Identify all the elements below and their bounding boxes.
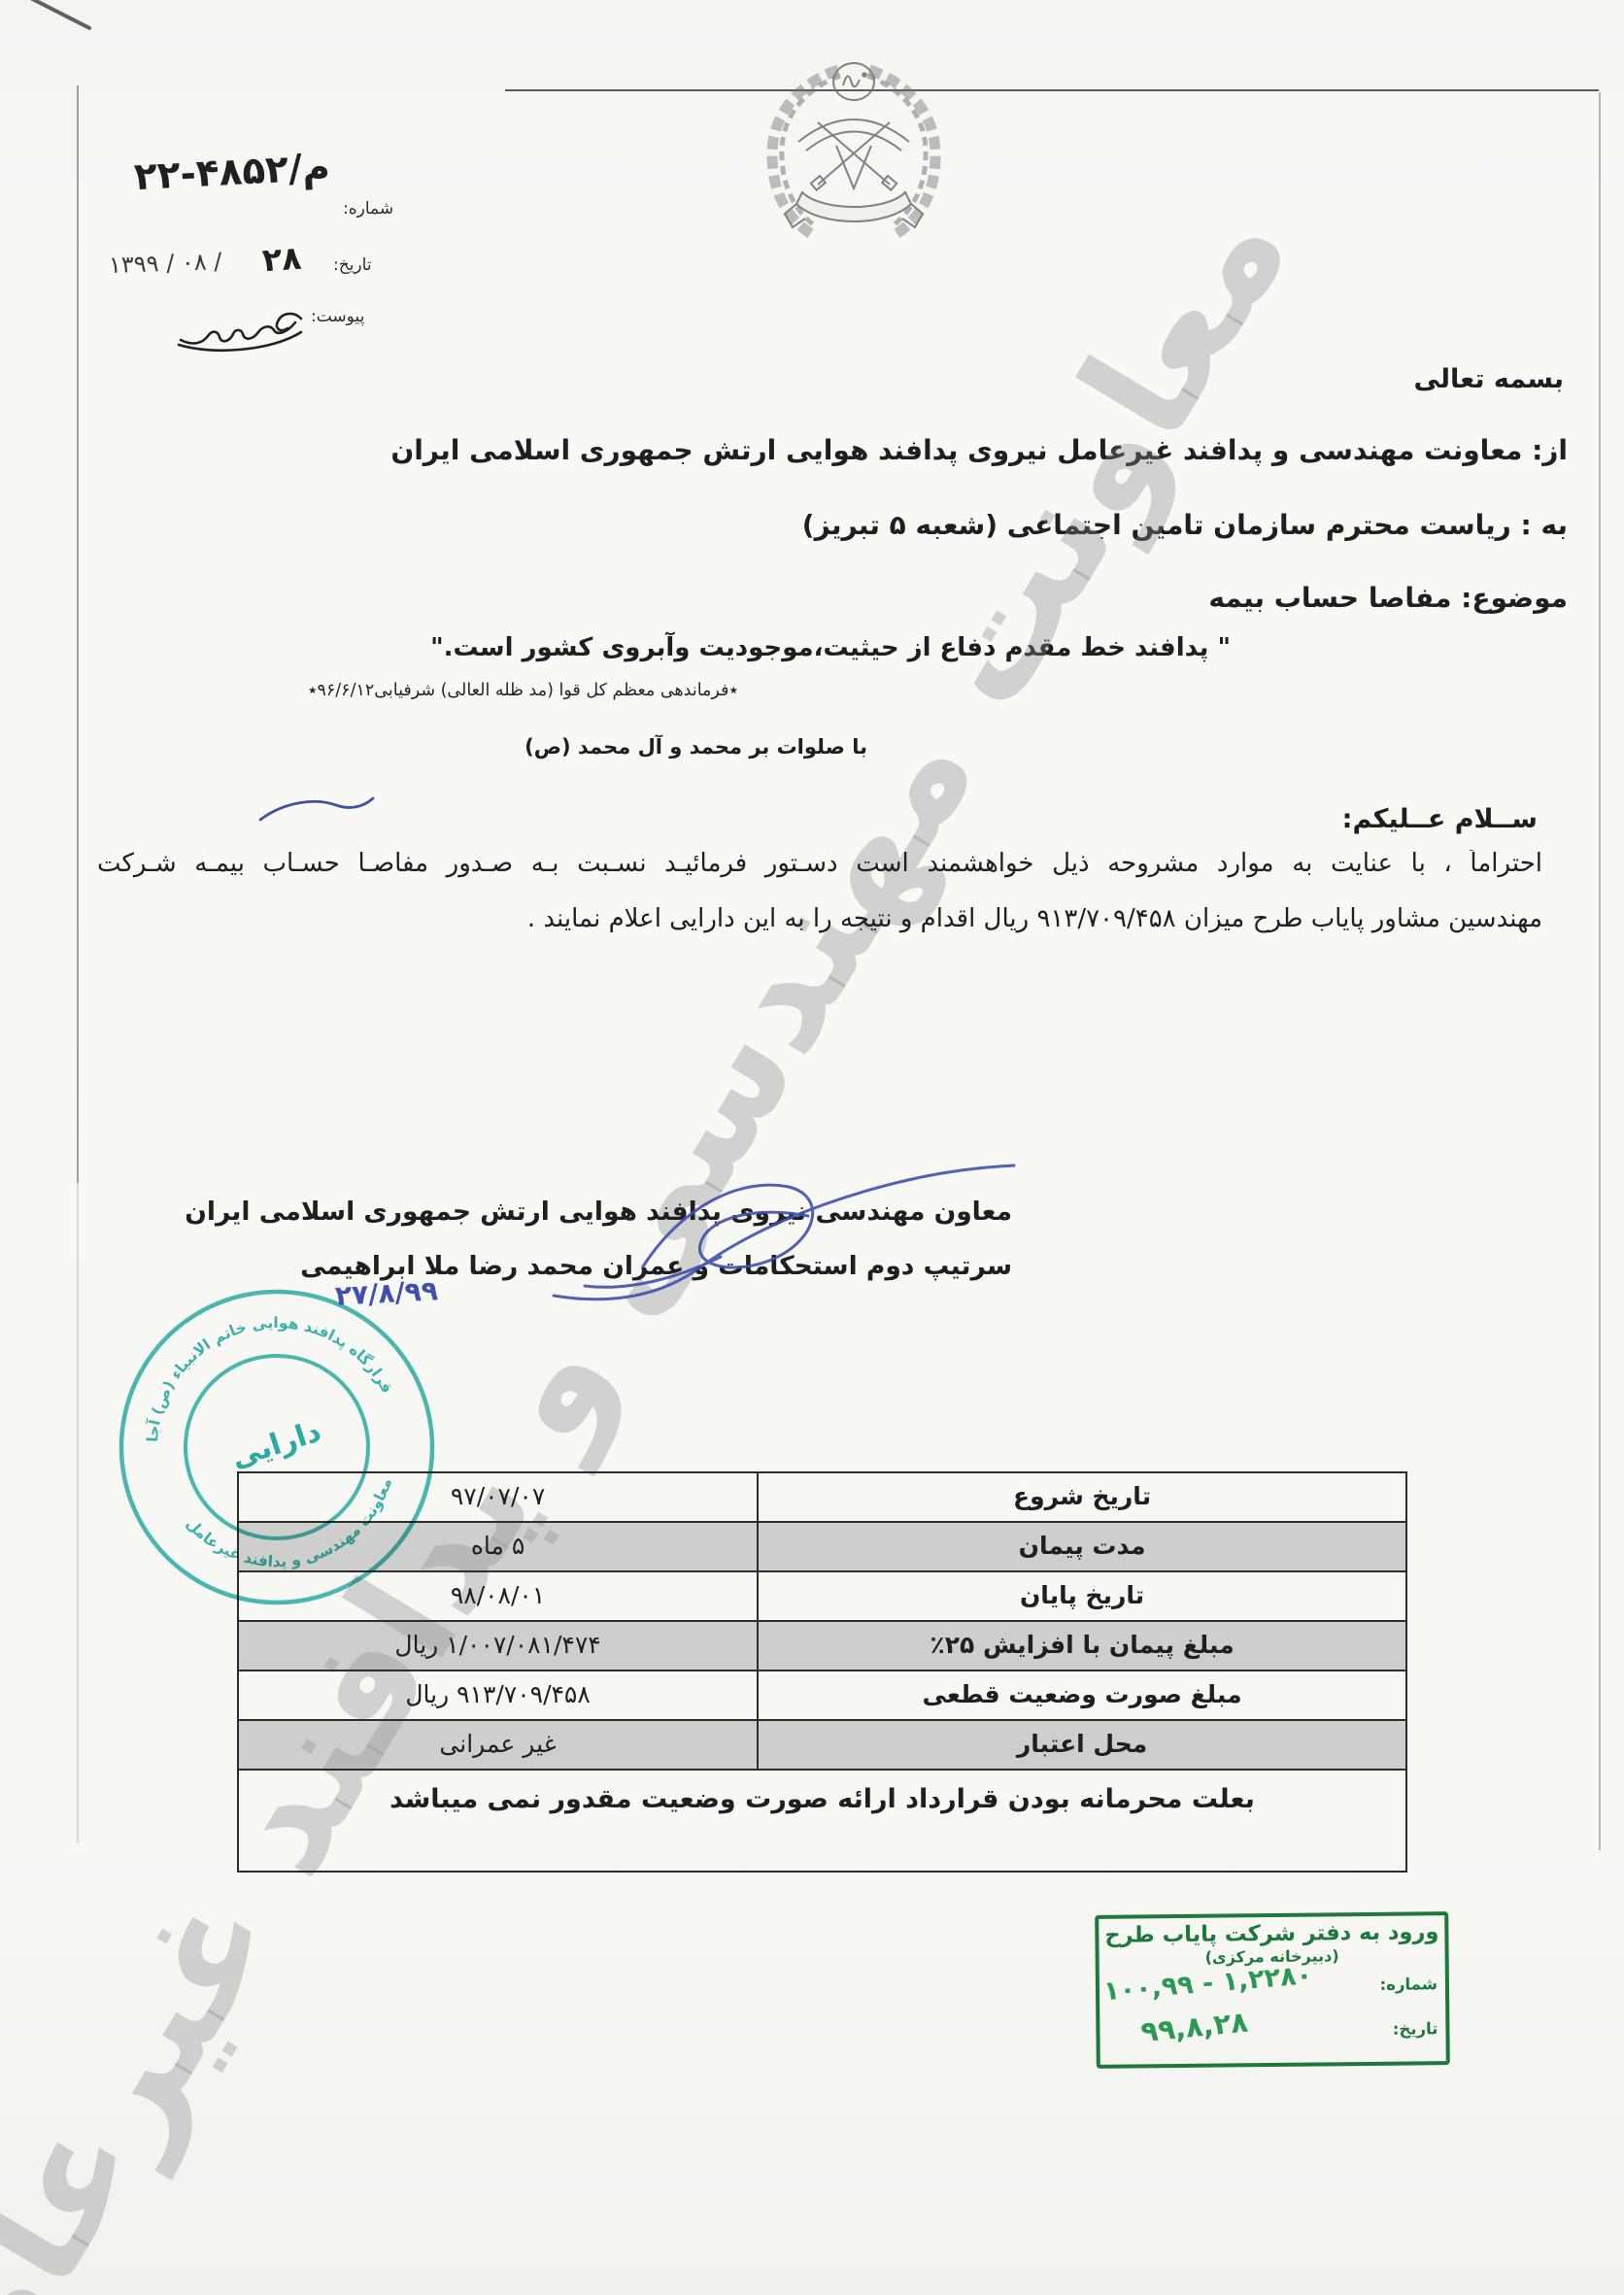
motto-quote: " پدافند خط مقدم دفاع از حیثیت،موجودیت و… [430, 634, 1231, 663]
row-value: غیر عمرانی [239, 1721, 757, 1769]
scan-corner-mark [22, 0, 91, 30]
scan-crease-right [1599, 92, 1601, 1850]
row-label: تاریخ پایان [757, 1572, 1405, 1620]
attachment-label: پیوست: [311, 308, 364, 327]
subject-line: موضوع: مفاصا حساب بیمه [1208, 583, 1568, 614]
entry-stamp-date-handwritten: ۹۹,۸,۲۸ [1139, 2007, 1249, 2049]
row-value: ۱/۰۰۷/۰۸۱/۴۷۴ ریال [239, 1622, 757, 1670]
table-footer-note: بعلت محرمانه بودن قرارداد ارائه صورت وضع… [239, 1769, 1405, 1871]
pen-check-mark [254, 789, 381, 831]
salutation: ســلام عــلیکم: [1342, 804, 1538, 834]
motto-attribution: ٭فرماندهی معظم کل قوا (مد ظله العالی) شر… [308, 681, 738, 700]
row-label: مدت پیمان [757, 1523, 1405, 1570]
body-line-1: احتراماً ، با عنایت به موارد مشروحه ذیل … [97, 850, 1542, 879]
attachment-handwritten-scribble [173, 303, 315, 359]
scanned-letter-page: معاونت مهندسی و پدافند غیرعامل شماره: م/… [0, 0, 1624, 2295]
serial-number-label: شماره: [343, 200, 393, 219]
svg-text:معاونت مهندسی و پدافند غیرعامل: معاونت مهندسی و پدافند غیرعامل [181, 1472, 409, 1590]
serial-number-handwritten: م/۴۸۵۲-۲۲ [133, 147, 331, 200]
from-line: از: معاونت مهندسی و پدافند غیرعامل نیروی… [390, 435, 1568, 466]
signature-date-handwritten: ۲۷/۸/۹۹ [334, 1275, 438, 1312]
date-month-year-handwritten: ۱۳۹۹ / ۰۸ / [109, 249, 222, 280]
date-label: تاریخ: [333, 256, 372, 276]
stamp-ring-bottom-text: معاونت مهندسی و پدافند غیرعامل [181, 1472, 409, 1590]
entry-stamp-title: ورود به دفتر شرکت پایاب طرح [1099, 1920, 1444, 1949]
table-row: مبلغ پیمان با افزایش ۲۵٪ ۱/۰۰۷/۰۸۱/۴۷۴ ر… [239, 1620, 1405, 1670]
row-label: مبلغ صورت وضعیت قطعی [757, 1671, 1405, 1719]
finance-office-round-stamp: قرارگاه پدافند هوایی خاتم الانبیاء (ص) آ… [85, 1255, 469, 1639]
row-label: محل اعتبار [757, 1721, 1405, 1769]
scan-crease-left-faint [77, 1183, 79, 1843]
entry-stamp-date-label: تاریخ: [1393, 2020, 1438, 2039]
row-label: تاریخ شروع [757, 1473, 1405, 1521]
to-line: به : ریاست محترم سازمان تامین اجتماعی (ش… [802, 510, 1568, 541]
army-emblem-icon [741, 54, 966, 254]
signature-scribble [524, 1148, 1039, 1323]
row-label: مبلغ پیمان با افزایش ۲۵٪ [757, 1622, 1405, 1670]
table-row: محل اعتبار غیر عمرانی [239, 1719, 1405, 1769]
body-paragraph: احتراماً ، با عنایت به موارد مشروحه ذیل … [97, 850, 1542, 934]
table-row: مبلغ صورت وضعیت قطعی ۹۱۳/۷۰۹/۴۵۸ ریال [239, 1670, 1405, 1719]
salawat-line: با صلوات بر محمد و آل محمد (ص) [524, 735, 867, 759]
date-day-handwritten: ۲۸ [261, 240, 303, 280]
row-value: ۹۱۳/۷۰۹/۴۵۸ ریال [239, 1671, 757, 1719]
company-entry-stamp: ورود به دفتر شرکت پایاب طرح (دبیرخانه مر… [1095, 1911, 1450, 2069]
body-line-2: مهندسین مشاور پایاب طرح میزان ۹۱۳/۷۰۹/۴۵… [97, 905, 1542, 934]
basmala: بسمه تعالی [1414, 364, 1564, 394]
entry-stamp-number-label: شماره: [1380, 1975, 1438, 1995]
letterhead-rule [505, 89, 1599, 91]
scan-crease-left [77, 85, 79, 1183]
